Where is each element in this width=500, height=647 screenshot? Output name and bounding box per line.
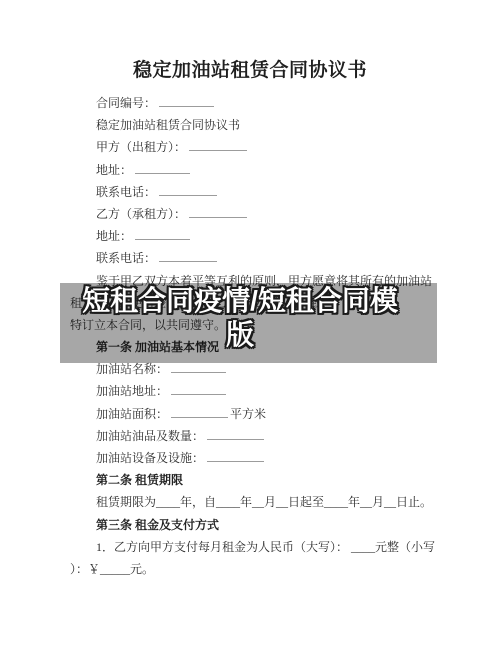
fill-in-blank <box>135 160 190 174</box>
fill-in-blank <box>189 137 247 151</box>
line-text: ）：￥_____元。 <box>70 562 154 576</box>
contract-line: 加油站面积：平方米 <box>0 403 500 425</box>
line-text: 地址： <box>96 229 132 243</box>
fill-in-blank <box>171 381 226 395</box>
contract-line: 加油站地址： <box>0 380 500 402</box>
fill-in-blank <box>159 182 217 196</box>
line-text: 第三条 租金及支付方式 <box>96 518 219 532</box>
contract-line: 地址： <box>0 159 500 181</box>
watermark-line-2: 版 <box>226 319 254 350</box>
watermark-line-1: 短租合同疫情/短租合同模 <box>82 285 398 316</box>
contract-line: 租赁期限为____年，自____年__月__日起至____年__月__日止。 <box>0 491 500 513</box>
fill-in-blank <box>207 448 264 462</box>
document-title: 稳定加油站租赁合同协议书 <box>0 55 500 82</box>
contract-page: 稳定加油站租赁合同协议书 合同编号：稳定加油站租赁合同协议书甲方（出租方）：地址… <box>0 0 500 647</box>
line-text: 联系电话： <box>96 185 156 199</box>
line-text: 联系电话： <box>96 251 156 265</box>
line-text: 1．乙方向甲方支付每月租金为人民币（大写）： ____元整（小写 <box>96 540 435 554</box>
contract-line: 联系电话： <box>0 181 500 203</box>
line-text: 合同编号： <box>96 96 156 110</box>
line-text: 加油站地址： <box>96 384 168 398</box>
fill-in-blank <box>159 93 214 107</box>
watermark-text: 短租合同疫情/短租合同模版 <box>60 284 420 352</box>
fill-in-blank <box>189 204 247 218</box>
section-heading: 第三条 租金及支付方式 <box>0 514 500 536</box>
contract-line: ）：￥_____元。 <box>0 558 500 580</box>
line-text: 第二条 租赁期限 <box>96 473 183 487</box>
fill-in-blank <box>207 426 264 440</box>
contract-line: 合同编号： <box>0 92 500 114</box>
watermark-band: 短租合同疫情/短租合同模版 <box>60 283 437 363</box>
contract-line: 甲方（出租方）： <box>0 136 500 158</box>
line-text: 加油站设备及设施： <box>96 451 204 465</box>
line-text: 甲方（出租方）： <box>96 140 186 154</box>
fill-in-blank <box>171 404 228 418</box>
contract-line: 乙方（承租方）： <box>0 203 500 225</box>
contract-line: 地址： <box>0 225 500 247</box>
line-text: 加油站面积： <box>96 407 168 421</box>
line-text: 加油站名称： <box>96 362 168 376</box>
line-text: 租赁期限为____年，自____年__月__日起至____年__月__日止。 <box>96 495 432 509</box>
line-text: 地址： <box>96 163 132 177</box>
contract-line: 稳定加油站租赁合同协议书 <box>0 114 500 136</box>
contract-line: 加油站设备及设施： <box>0 447 500 469</box>
section-heading: 第二条 租赁期限 <box>0 469 500 491</box>
contract-line: 1．乙方向甲方支付每月租金为人民币（大写）： ____元整（小写 <box>0 536 500 558</box>
contract-line: 联系电话： <box>0 247 500 269</box>
line-text: 加油站油品及数量： <box>96 429 204 443</box>
line-text: 乙方（承租方）： <box>96 207 186 221</box>
line-text: 稳定加油站租赁合同协议书 <box>96 118 240 132</box>
line-suffix: 平方米 <box>230 407 266 421</box>
contract-line: 加油站油品及数量： <box>0 425 500 447</box>
fill-in-blank <box>135 226 190 240</box>
fill-in-blank <box>159 248 217 262</box>
